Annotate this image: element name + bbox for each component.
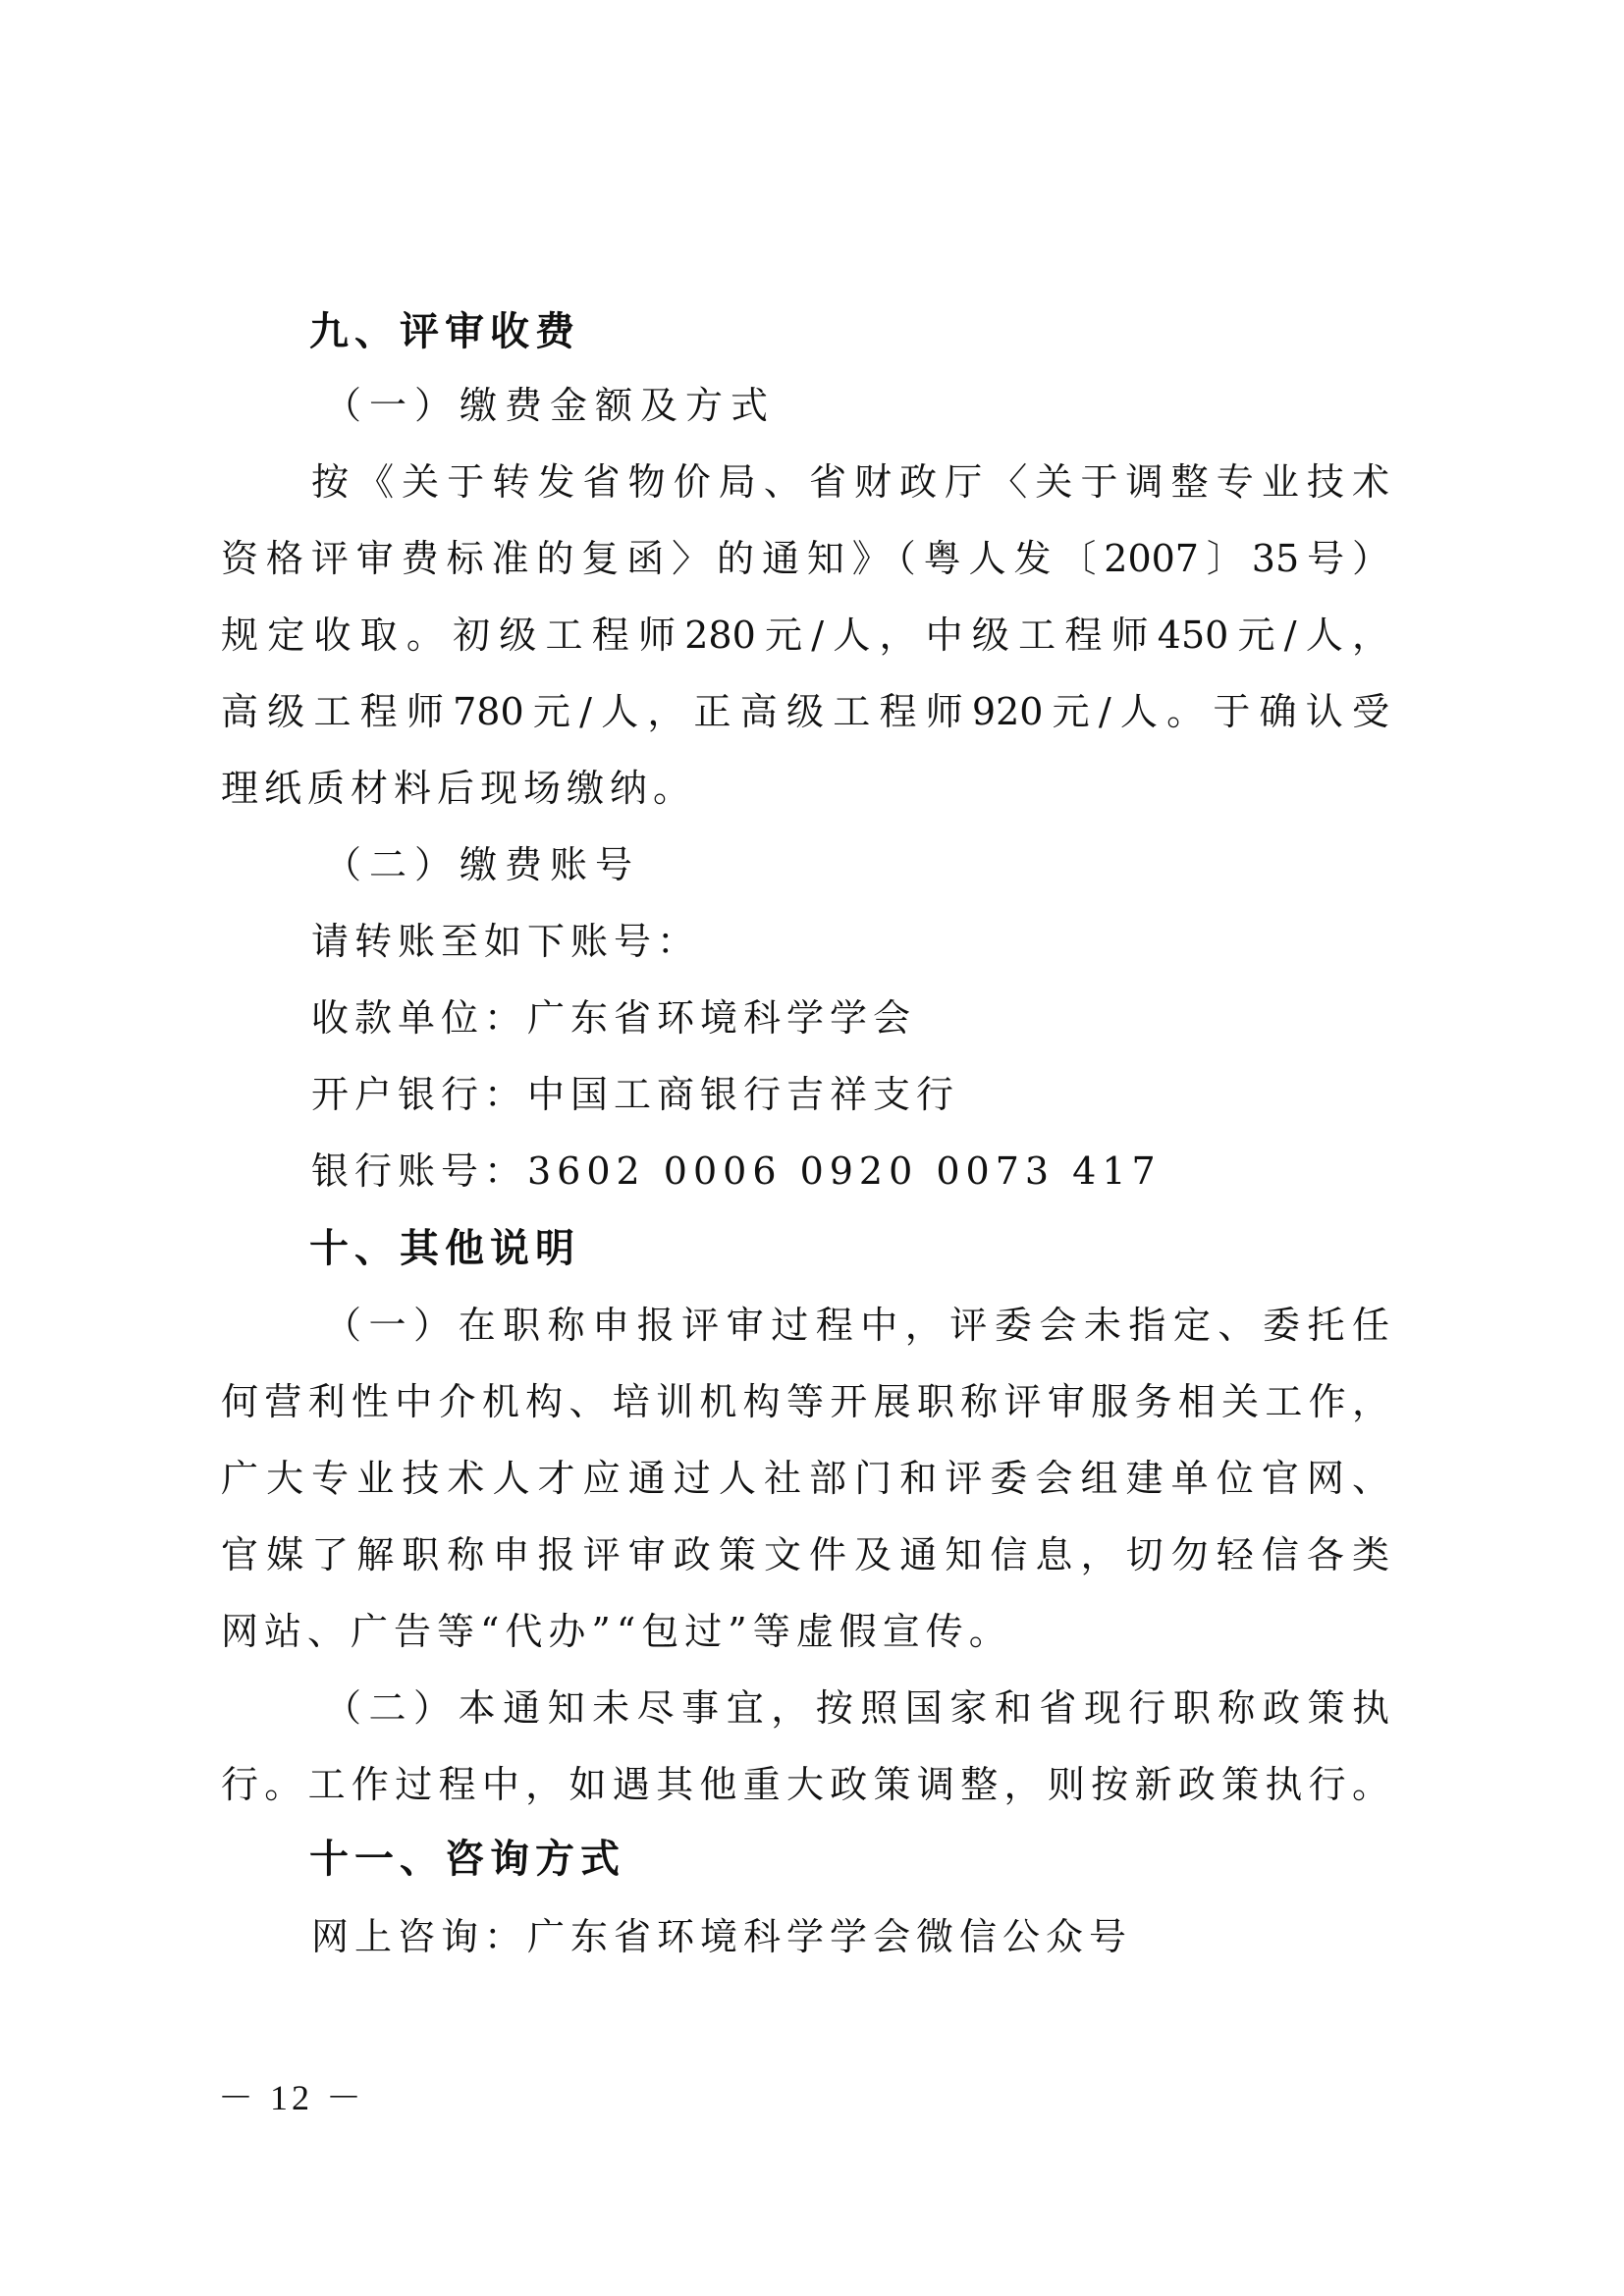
paragraph-line: 官媒了解职称申报评审政策文件及通知信息，切勿轻信各类 <box>221 1517 1389 1593</box>
paragraph-line: 规定收取。初级工程师280元/人，中级工程师450元/人， <box>221 597 1389 673</box>
paragraph-line: 何营利性中介机构、培训机构等开展职称评审服务相关工作， <box>221 1363 1389 1440</box>
subsection-title-amount-method: （一）缴费金额及方式 <box>324 367 1492 444</box>
consultation-line: 网上咨询：广东省环境科学学会微信公众号 <box>311 1898 1389 1975</box>
paragraph-line: 按《关于转发省物价局、省财政厅〈关于调整专业技术 <box>311 444 1389 520</box>
subsection-title-account: （二）缴费账号 <box>324 827 1492 903</box>
paragraph-line: 网站、广告等“代办”“包过”等虚假宣传。 <box>221 1593 1389 1670</box>
section-heading-consultation: 十一、咨询方式 <box>309 1821 1478 1897</box>
payee-line: 收款单位：广东省环境科学学会 <box>311 980 1389 1056</box>
paragraph-line: 高级工程师780元/人，正高级工程师920元/人。于确认受 <box>221 673 1389 750</box>
account-number-line: 银行账号：3602 0006 0920 0073 417 <box>311 1133 1389 1209</box>
section-heading-fees: 九、评审收费 <box>309 294 1478 370</box>
document-page: 九、评审收费 （一）缴费金额及方式 按《关于转发省物价局、省财政厅〈关于调整专业… <box>0 0 1624 2296</box>
paragraph-line: 理纸质材料后现场缴纳。 <box>221 750 1389 827</box>
bank-line: 开户银行：中国工商银行吉祥支行 <box>311 1056 1389 1133</box>
paragraph-line: （一）在职称申报评审过程中，评委会未指定、委托任 <box>324 1287 1389 1363</box>
section-heading-other-notes: 十、其他说明 <box>309 1210 1478 1287</box>
page-number: － 12 － <box>218 2073 365 2122</box>
paragraph-line: 行。工作过程中，如遇其他重大政策调整，则按新政策执行。 <box>221 1746 1389 1823</box>
paragraph-line: 请转账至如下账号： <box>311 903 1389 980</box>
paragraph-line: （二）本通知未尽事宜，按照国家和省现行职称政策执 <box>324 1670 1389 1746</box>
paragraph-line: 广大专业技术人才应通过人社部门和评委会组建单位官网、 <box>221 1440 1389 1517</box>
paragraph-line: 资格评审费标准的复函〉的通知》（粤人发〔2007〕35号） <box>221 520 1389 597</box>
